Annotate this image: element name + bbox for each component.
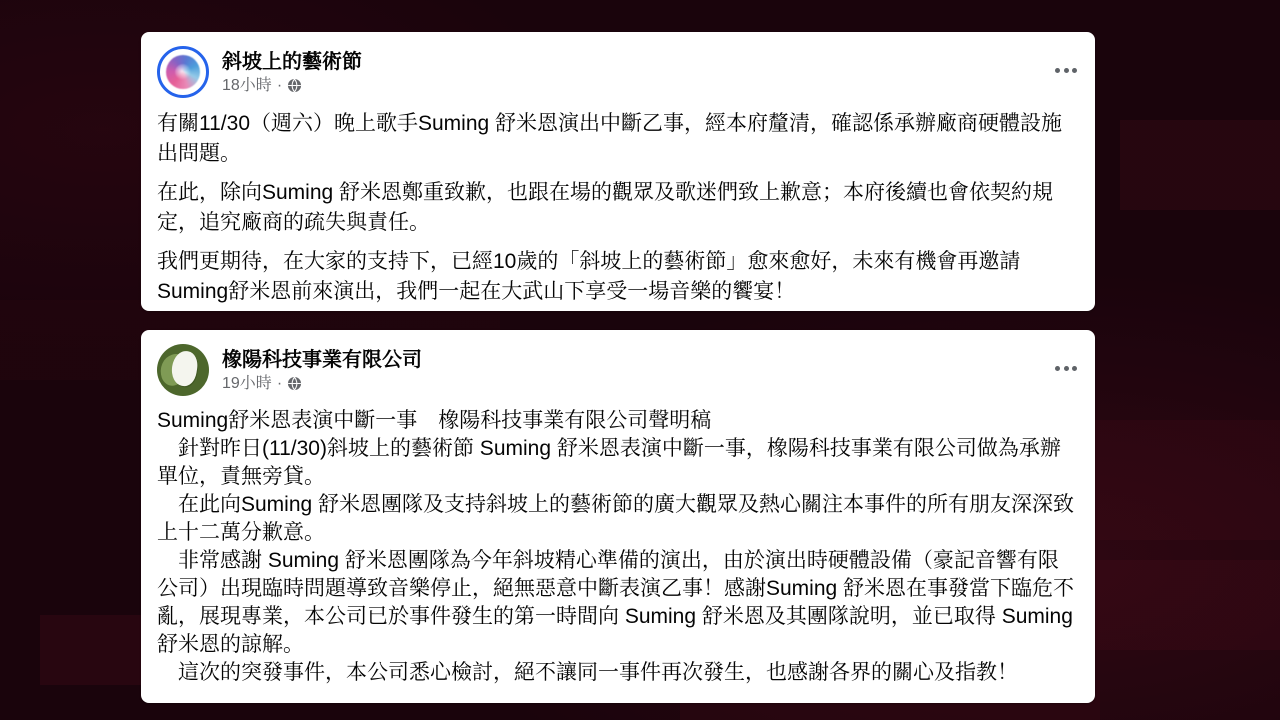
avatar[interactable]: [157, 344, 209, 396]
post-paragraph: 在此，除向Suming 舒米恩鄭重致歉，也跟在場的觀眾及歌迷們致上歉意；本府後續…: [157, 178, 1079, 238]
more-options-button[interactable]: [1053, 58, 1079, 83]
globe-icon: [287, 376, 302, 391]
post-paragraph: 我們更期待，在大家的支持下，已經10歲的「斜坡上的藝術節」愈來愈好，未來有機會再…: [157, 247, 1079, 307]
post-paragraph: 這次的突發事件，本公司悉心檢討，絕不讓同一事件再次發生，也感謝各界的關心及指教！: [157, 659, 1079, 687]
ellipsis-icon: [1064, 68, 1069, 73]
ellipsis-icon: [1064, 366, 1069, 371]
timestamp-link[interactable]: 19小時: [222, 375, 272, 393]
header-meta: 橡陽科技事業有限公司 19小時 ·: [222, 348, 422, 393]
post-paragraph: Suming舒米恩表演中斷一事 橡陽科技事業有限公司聲明稿: [157, 407, 1079, 435]
ellipsis-icon: [1055, 366, 1060, 371]
ellipsis-icon: [1072, 68, 1077, 73]
post-card-company: 橡陽科技事業有限公司 19小時 · Suming舒米恩表演中斷一事 橡陽科技事業…: [141, 330, 1095, 703]
post-paragraph: 非常感謝 Suming 舒米恩團隊為今年斜坡精心準備的演出，由於演出時硬體設備（…: [157, 547, 1079, 659]
post-header: 斜坡上的藝術節 18小時 ·: [157, 46, 1079, 98]
ellipsis-icon: [1055, 68, 1060, 73]
more-options-button[interactable]: [1053, 356, 1079, 381]
post-paragraph: 在此向Suming 舒米恩團隊及支持斜坡上的藝術節的廣大觀眾及熱心關注本事件的所…: [157, 491, 1079, 547]
ellipsis-icon: [1072, 366, 1077, 371]
meta-separator: ·: [277, 77, 282, 95]
page-name-link[interactable]: 斜坡上的藝術節: [222, 50, 362, 74]
post-paragraph: 有關11/30（週六）晚上歌手Suming 舒米恩演出中斷乙事，經本府釐清，確認…: [157, 109, 1079, 169]
festival-swirl-logo-icon: [166, 55, 200, 89]
post-paragraph: 針對昨日(11/30)斜坡上的藝術節 Suming 舒米恩表演中斷一事，橡陽科技…: [157, 435, 1079, 491]
post-body: 有關11/30（週六）晚上歌手Suming 舒米恩演出中斷乙事，經本府釐清，確認…: [157, 109, 1079, 307]
post-meta: 18小時 ·: [222, 77, 362, 95]
page-name-link[interactable]: 橡陽科技事業有限公司: [222, 348, 422, 372]
avatar[interactable]: [157, 46, 209, 98]
globe-icon: [287, 78, 302, 93]
timestamp-link[interactable]: 18小時: [222, 77, 272, 95]
post-body: Suming舒米恩表演中斷一事 橡陽科技事業有限公司聲明稿 針對昨日(11/30…: [157, 407, 1079, 687]
post-header: 橡陽科技事業有限公司 19小時 ·: [157, 344, 1079, 396]
header-meta: 斜坡上的藝術節 18小時 ·: [222, 50, 362, 95]
post-card-festival: 斜坡上的藝術節 18小時 · 有關11/30（週六）晚上歌手Suming 舒米恩…: [141, 32, 1095, 311]
post-meta: 19小時 ·: [222, 375, 422, 393]
meta-separator: ·: [277, 375, 282, 393]
